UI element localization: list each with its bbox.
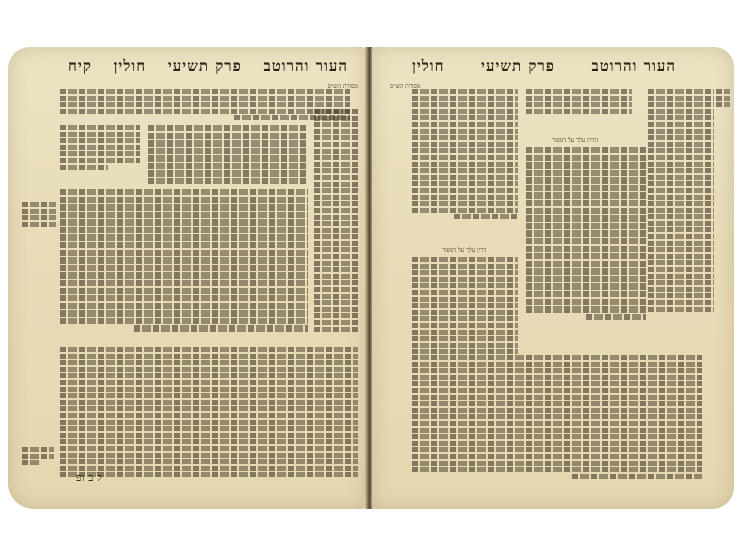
top-commentary [60,89,350,122]
margin-gloss [22,202,56,228]
gemara-text-top [148,125,308,186]
tractate-name: חולין [114,57,147,76]
side-commentary [60,125,140,171]
gemara-text-main [60,189,308,333]
right-page-header: העור והרוטב פרק תשיעי חולין [412,57,676,76]
section-heading: דרין עלך על דמפור [442,247,486,254]
margin-gloss [716,89,730,109]
left-page: העור והרוטב פרק תשיעי חולין קיח מסורת הש… [8,47,366,509]
tractate-name: חולין [412,57,445,76]
tosafot-column-lower [412,257,518,356]
hadran-heading: הדרן עלך על דמפור [552,137,598,144]
open-book: העור והרוטב פרק תשיעי חולין קיח מסורת הש… [8,47,734,509]
right-page: העור והרוטב פרק תשיעי חולין מסורת הש״ס ד… [372,47,734,509]
gemara-text-main [526,147,646,321]
signature-mark: ל ב ופ [76,471,102,484]
bottom-margin-gloss [22,447,54,467]
chapter-name: העור והרוטב [263,57,348,76]
tosafot-column [412,89,518,221]
perek-label: פרק תשיעי [168,57,242,76]
rashi-column [648,89,714,313]
folio-number: קיח [68,57,92,76]
chapter-name: העור והרוטב [591,57,676,76]
left-page-header: העור והרוטב פרק תשיעי חולין קיח [68,57,348,76]
rashi-column [314,109,358,333]
tosafot-text [60,347,358,479]
gemara-text-top [526,89,632,115]
bottom-commentary [412,355,702,480]
perek-label: פרק תשיעי [481,57,555,76]
